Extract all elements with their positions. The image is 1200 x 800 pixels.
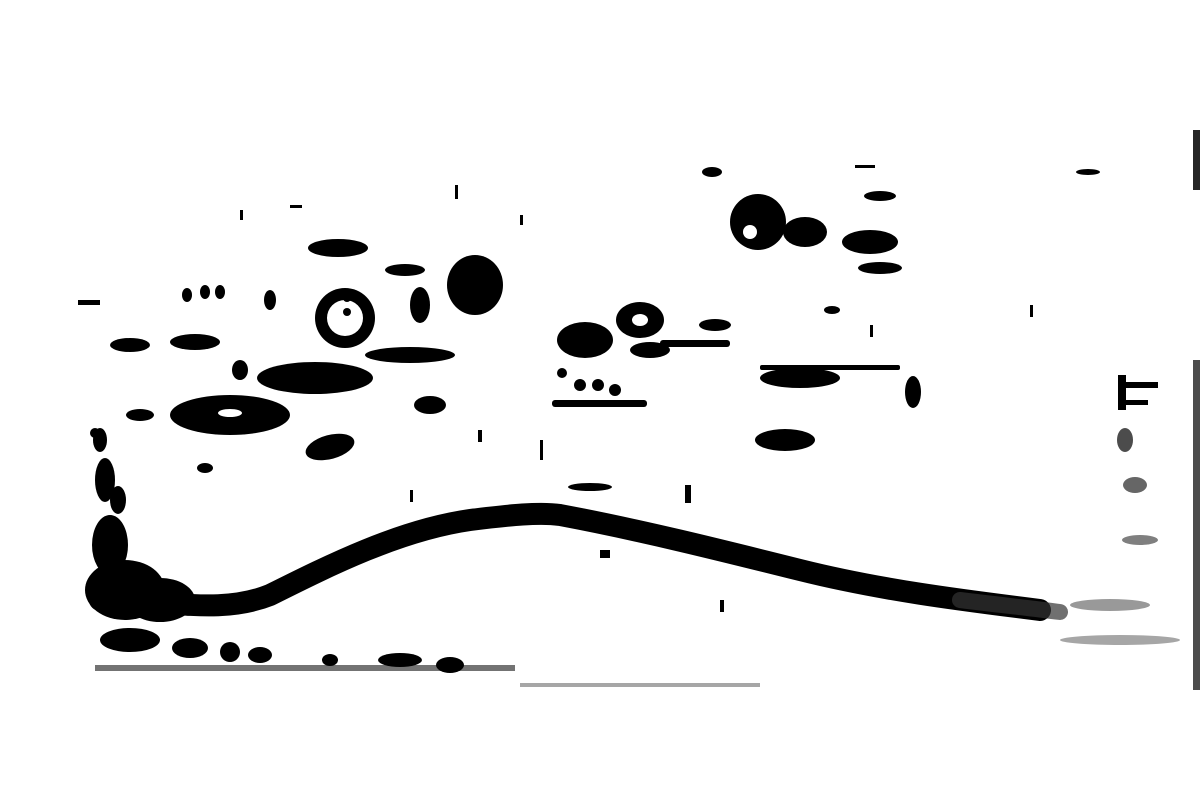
artifact-image: [0, 0, 1200, 800]
